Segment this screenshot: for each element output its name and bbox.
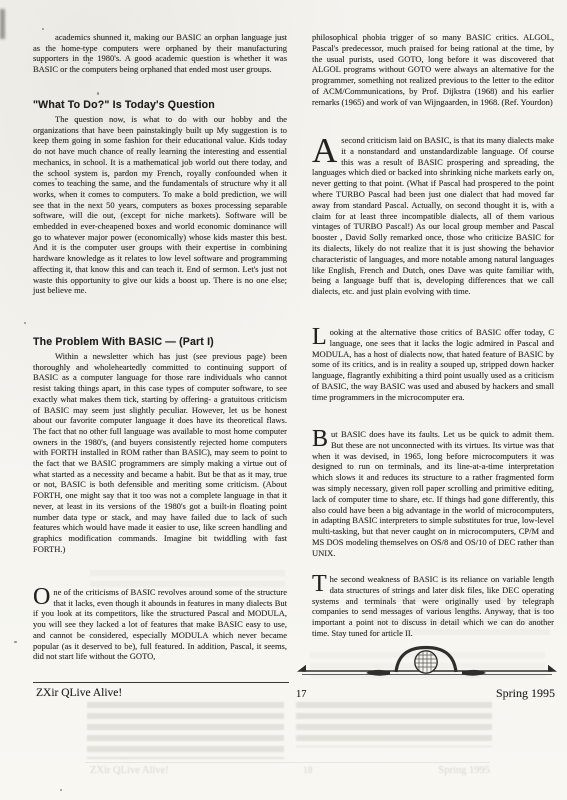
decorative-initial-a: A bbox=[312, 135, 341, 165]
decorative-initial-o: O bbox=[33, 587, 53, 607]
footer-rule bbox=[33, 682, 289, 683]
footer-newsletter-title: ZXir QLive Alive! bbox=[36, 687, 122, 699]
bleed-through-footer-rule bbox=[85, 762, 490, 763]
body-paragraph-dropcap: A second criticism laid on BASIC, is tha… bbox=[312, 135, 554, 297]
scan-speck bbox=[14, 641, 17, 643]
body-paragraph: The question now, is what to do with our… bbox=[33, 114, 287, 296]
paragraph-text: ne of the criticisms of BASIC revolves a… bbox=[33, 587, 287, 661]
bleed-through-footer-date: Spring 1995 bbox=[400, 765, 490, 776]
paragraph-text: ooking at the alternative those critics … bbox=[312, 327, 554, 402]
bleed-through-text-block bbox=[296, 702, 492, 747]
footer-issue-date: Spring 1995 bbox=[455, 686, 555, 701]
decorative-initial-l: L bbox=[312, 327, 330, 347]
body-paragraph-continuation: philosophical phobia trigger of so many … bbox=[312, 32, 554, 108]
body-paragraph: Within a newsletter which has just (see … bbox=[33, 351, 287, 554]
body-paragraph-dropcap: One of the criticisms of BASIC revolves … bbox=[33, 587, 287, 662]
footer-page-number: 17 bbox=[296, 689, 307, 700]
paragraph-text: ut BASIC does have its faults. Let us be… bbox=[312, 429, 554, 558]
scan-speck bbox=[42, 28, 44, 30]
bleed-through-footer-title: ZXir QLive Alive! bbox=[90, 765, 169, 776]
scan-speck bbox=[97, 92, 99, 95]
body-paragraph-dropcap: But BASIC does have its faults. Let us b… bbox=[312, 429, 554, 559]
decorative-initial-b: B bbox=[312, 429, 331, 449]
ornament-graphic bbox=[296, 644, 558, 684]
section-heading-problem-with-basic: The Problem With BASIC — (Part I) bbox=[33, 336, 287, 348]
paragraph-text: second criticism laid on BASIC, is that … bbox=[312, 135, 554, 296]
bleed-through-text-block bbox=[370, 596, 550, 640]
decorative-initial-t: T bbox=[312, 574, 330, 594]
body-paragraph-dropcap: Looking at the alternative those critics… bbox=[312, 327, 554, 403]
scanned-newsletter-page: academics shunned it, making our BASIC a… bbox=[0, 0, 567, 800]
scan-edge-smudge bbox=[0, 9, 5, 39]
bleed-through-footer-page-number: 18 bbox=[303, 766, 313, 776]
section-heading-what-to-do: "What To Do?" Is Today's Question bbox=[33, 99, 287, 111]
scan-speck bbox=[24, 322, 26, 324]
decorative-divider-ornament bbox=[296, 644, 558, 684]
bleed-through-text-block bbox=[90, 570, 285, 588]
body-paragraph-continuation: academics shunned it, making our BASIC a… bbox=[33, 32, 287, 75]
scan-speck bbox=[60, 789, 62, 791]
bleed-through-text-block bbox=[87, 702, 284, 759]
